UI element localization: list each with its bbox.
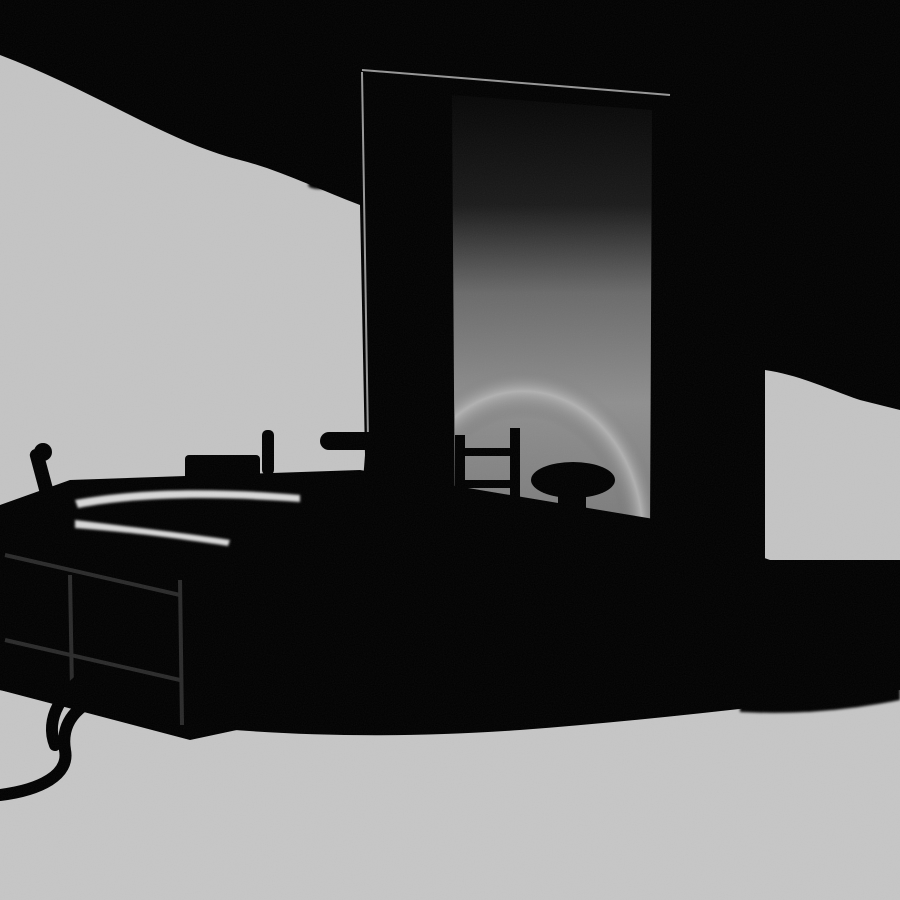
phonograph-photo (0, 0, 900, 900)
film-grain (0, 0, 900, 900)
photo-scene: A black-and-white, heavily contrasted ph… (0, 0, 900, 900)
